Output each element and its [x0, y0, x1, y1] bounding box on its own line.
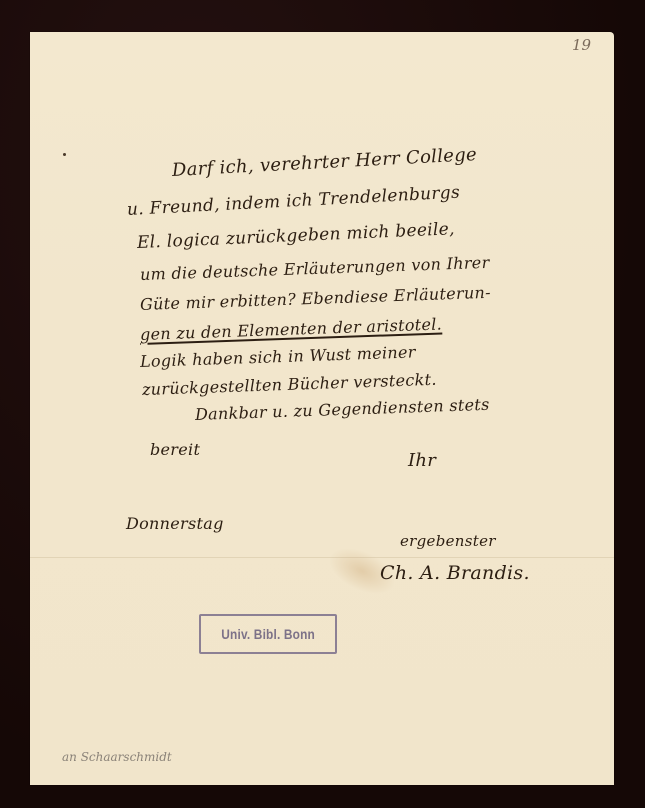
library-stamp: Univ. Bibl. Bonn	[199, 614, 337, 654]
date-line: Donnerstag	[126, 514, 224, 533]
ink-speck	[63, 153, 66, 156]
library-stamp-text: Univ. Bibl. Bonn	[221, 626, 315, 642]
signature-intro: ergebenster	[400, 532, 496, 550]
folio-number: 19	[572, 36, 591, 54]
closing-text: Ihr	[408, 450, 436, 471]
pencil-annotation: an Schaarschmidt	[62, 750, 172, 764]
signature: Ch. A. Brandis.	[380, 562, 530, 584]
letter-line-10: bereit	[150, 440, 200, 459]
